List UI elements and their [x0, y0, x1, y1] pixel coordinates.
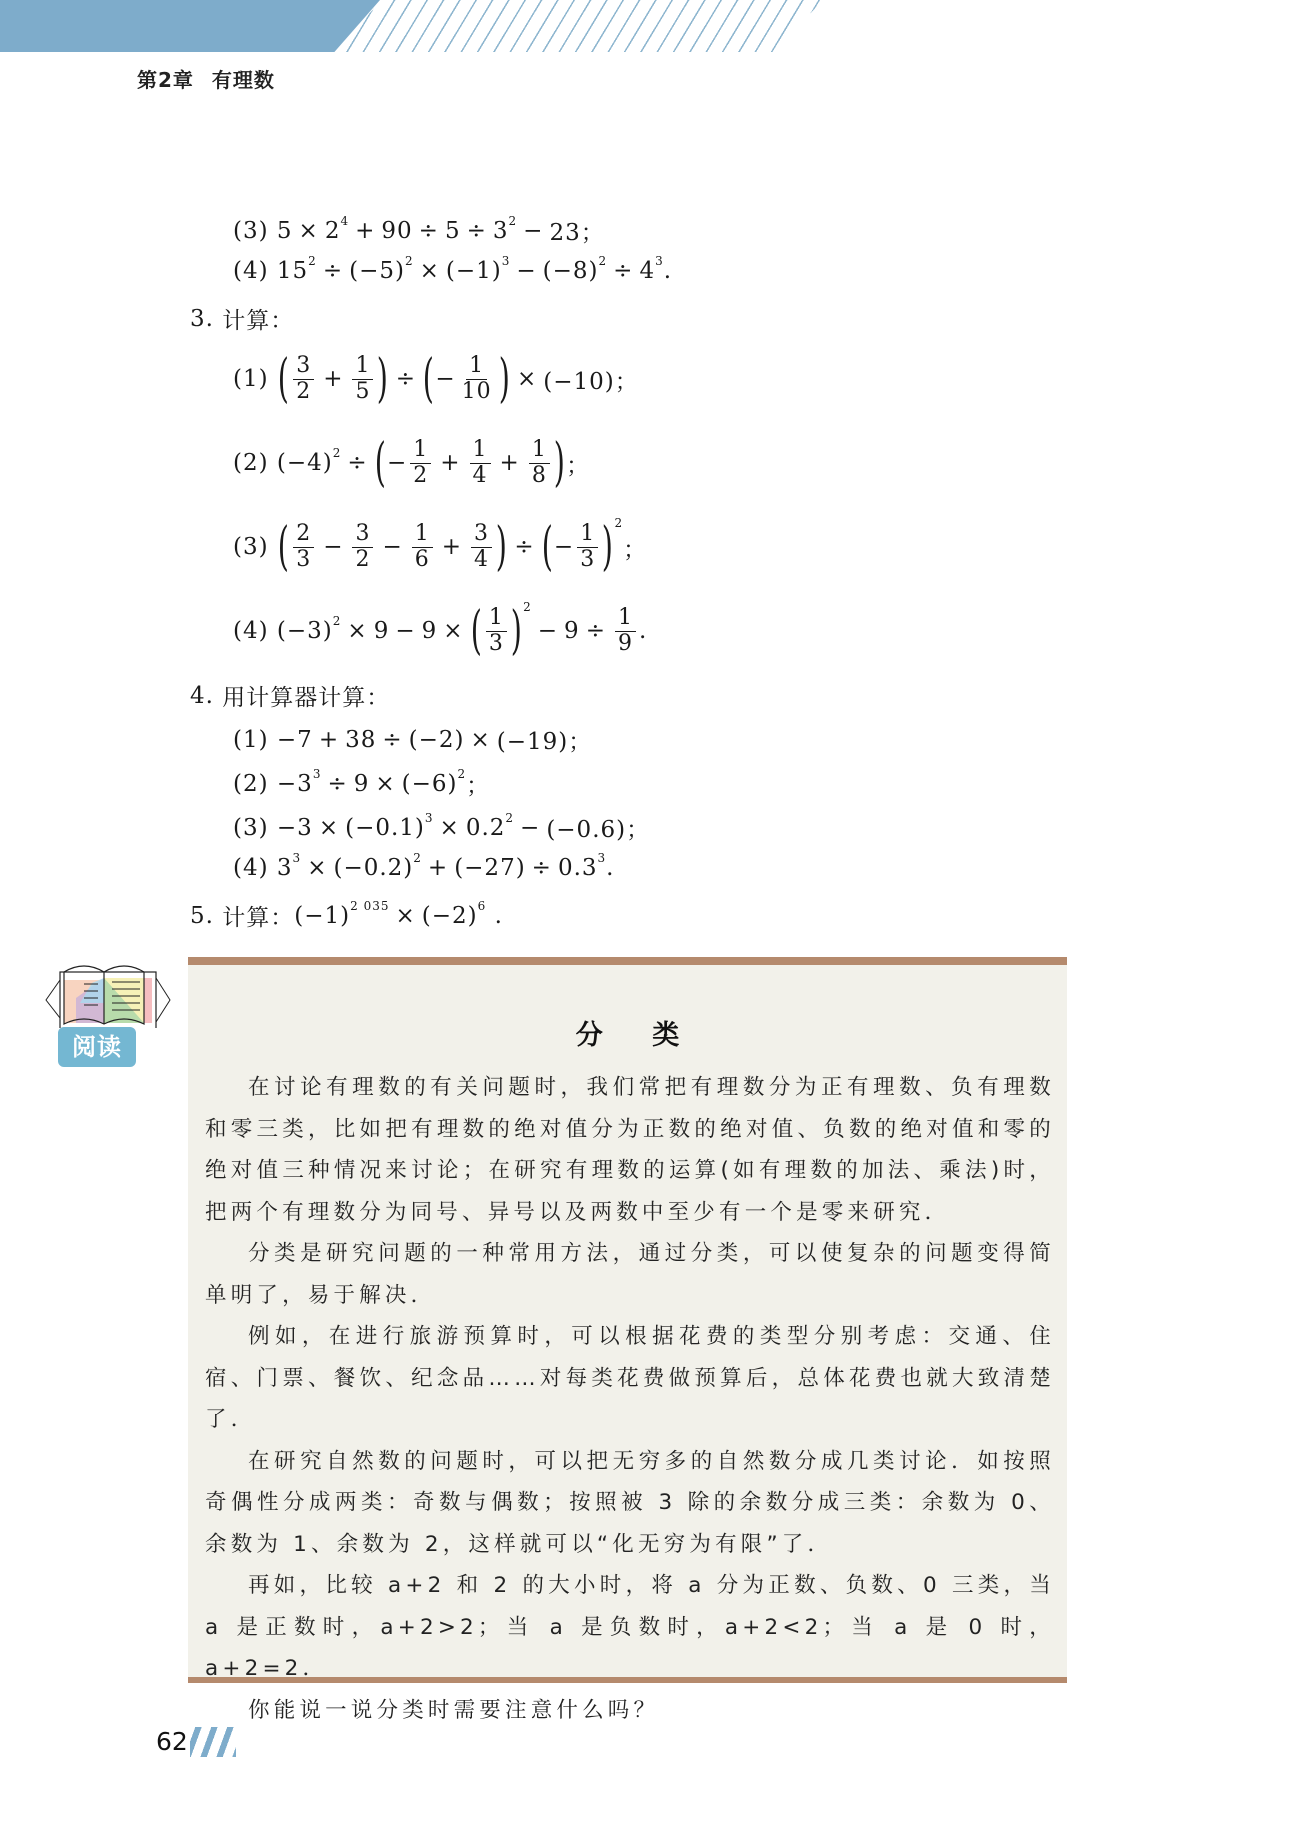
- open-book-icon: [40, 958, 172, 1028]
- exercise-4-item-1: (1) −7+38÷(−2)×(−19)；: [233, 723, 592, 756]
- exercise-3-item-2: (2) (−4)2÷ (−12+14+18)；: [233, 437, 590, 489]
- reading-paragraph: 再如，比较 a+2 和 2 的大小时，将 a 分为正数、负数、0 三类，当 a …: [205, 1565, 1055, 1690]
- chapter-heading: 第2章有理数: [137, 64, 293, 93]
- exercise-3-item-4: (4) (−3)2×9−9× (13)2−9÷19.: [233, 605, 647, 657]
- exercise-5: 5. 计算：(−1)2 035×(−2)6 .: [190, 899, 503, 932]
- reading-body: 在讨论有理数的有关问题时，我们常把有理数分为正有理数、负有理数和零三类，比如把有…: [205, 1067, 1055, 1731]
- exercise-4-item-3: (3) −3×(−0.1)3×0.22−(−0.6)；: [233, 811, 650, 844]
- exercise-3-heading: 3. 计算：: [190, 302, 294, 335]
- reading-paragraph: 分类是研究问题的一种常用方法，通过分类，可以使复杂的问题变得简单明了，易于解决．: [205, 1233, 1055, 1316]
- exercise-4-item-4: (4) 33×(−0.2)2+(−27)÷0.33.: [233, 855, 614, 881]
- page-number: 62: [156, 1727, 188, 1756]
- reading-paragraph: 在研究自然数的问题时，可以把无穷多的自然数分成几类讨论．如按照奇偶性分成两类：奇…: [205, 1441, 1055, 1566]
- exercise-3-item-3: (3) (23−32−16+34) ÷(−13)2；: [233, 521, 647, 573]
- reading-badge: 阅读: [58, 1027, 136, 1067]
- exercise-2-item-4: (4) 152÷(−5)2×(−1)3−(−8)2÷43.: [233, 258, 672, 284]
- header-stripes: [333, 0, 823, 52]
- reading-paragraph: 在讨论有理数的有关问题时，我们常把有理数分为正有理数、负有理数和零三类，比如把有…: [205, 1067, 1055, 1233]
- exercise-3-item-1: (1) (32+15) ÷(−110)×(−10)；: [233, 353, 639, 405]
- chapter-title: 有理数: [212, 68, 275, 92]
- reading-title: 分 类: [188, 1013, 1067, 1052]
- exercise-4-heading: 4. 用计算器计算：: [190, 679, 390, 712]
- exercise-2-item-3: (3) 5×24+90÷5÷32−23；: [233, 214, 605, 247]
- page-slash-decoration: [190, 1727, 236, 1757]
- header-band: [0, 0, 380, 52]
- reading-box: 分 类 在讨论有理数的有关问题时，我们常把有理数分为正有理数、负有理数和零三类，…: [188, 957, 1067, 1683]
- exercise-4-item-2: (2) −33÷9×(−6)2；: [233, 767, 490, 800]
- reading-paragraph: 你能说一说分类时需要注意什么吗？: [205, 1690, 1055, 1732]
- reading-paragraph: 例如，在进行旅游预算时，可以根据花费的类型分别考虑：交通、住宿、门票、餐饮、纪念…: [205, 1316, 1055, 1441]
- chapter-number: 第2章: [137, 68, 194, 92]
